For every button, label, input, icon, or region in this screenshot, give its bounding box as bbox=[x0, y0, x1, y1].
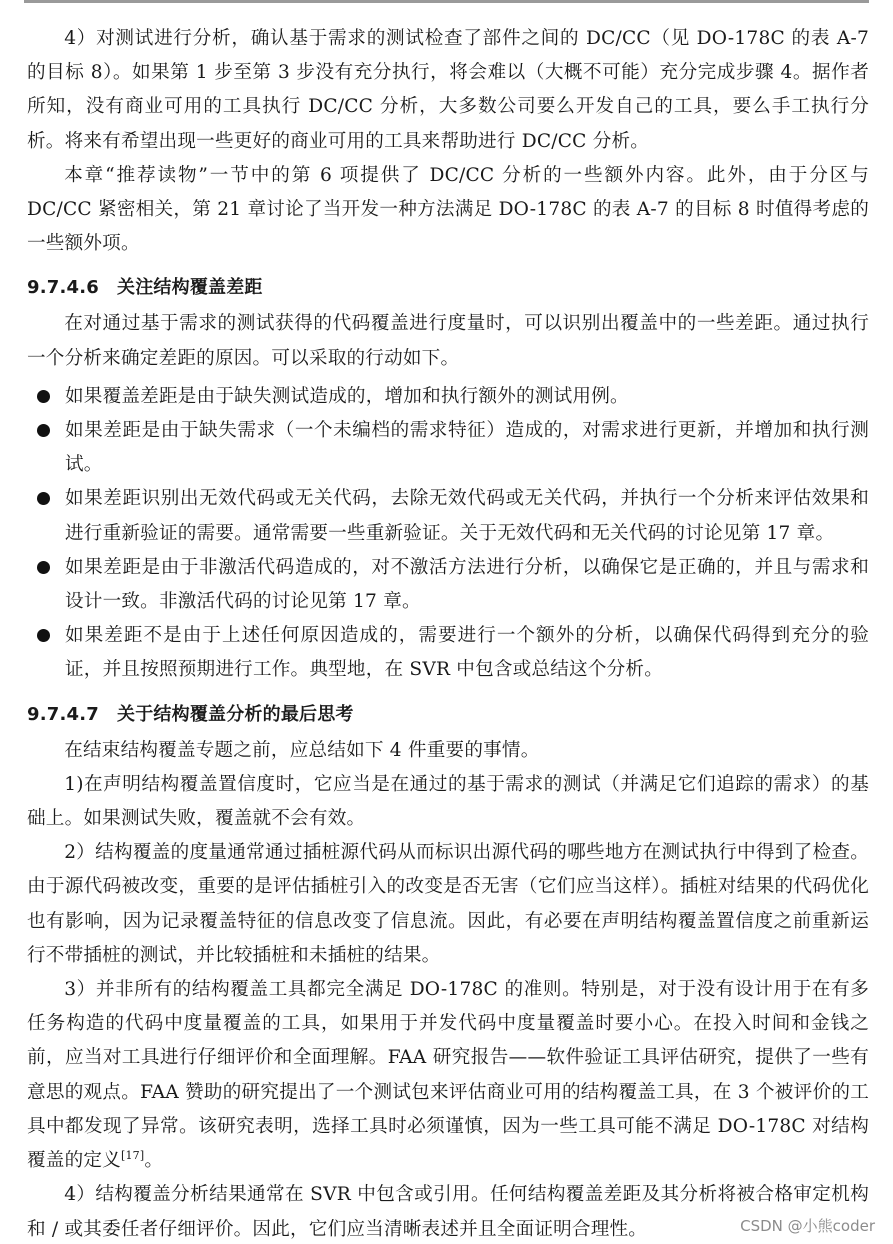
bullet-icon bbox=[37, 492, 50, 505]
paragraph: 在对通过基于需求的测试获得的代码覆盖进行度量时，可以识别出覆盖中的一些差距。通过… bbox=[27, 307, 869, 375]
paragraph: 本章“推荐读物”一节中的第 6 项提供了 DC/CC 分析的一些额外内容。此外，… bbox=[27, 159, 869, 262]
bullet-icon bbox=[37, 424, 50, 437]
list-item: 如果差距是由于缺失需求（一个未编档的需求特征）造成的，对需求进行更新，并增加和执… bbox=[65, 414, 869, 482]
section-heading-9746: 9.7.4.6关注结构覆盖差距 bbox=[27, 273, 869, 303]
bullet-icon bbox=[37, 390, 50, 403]
paragraph: 在结束结构覆盖专题之前，应总结如下 4 件重要的事情。 bbox=[27, 734, 869, 768]
list-item: 如果覆盖差距是由于缺失测试造成的，增加和执行额外的测试用例。 bbox=[65, 380, 869, 414]
list-item: 如果差距是由于非激活代码造成的，对不激活方法进行分析，以确保它是正确的，并且与需… bbox=[65, 551, 869, 619]
numbered-item: 2）结构覆盖的度量通常通过插桩源代码从而标识出源代码的哪些地方在测试执行中得到了… bbox=[27, 836, 869, 973]
paragraph: 4）对测试进行分析，确认基于需求的测试检查了部件之间的 DC/CC（见 DO-1… bbox=[27, 22, 869, 159]
section-title: 关注结构覆盖差距 bbox=[117, 277, 263, 298]
numbered-item: 1)在声明结构覆盖置信度时，它应当是在通过的基于需求的测试（并满足它们追踪的需求… bbox=[27, 768, 869, 836]
watermark: CSDN @小熊coder bbox=[740, 1215, 875, 1236]
document-page: 4）对测试进行分析，确认基于需求的测试检查了部件之间的 DC/CC（见 DO-1… bbox=[27, 22, 869, 1244]
numbered-item: 3）并非所有的结构覆盖工具都完全满足 DO-178C 的准则。特别是，对于没有设… bbox=[27, 973, 869, 1178]
section-title: 关于结构覆盖分析的最后思考 bbox=[117, 704, 354, 725]
bullet-icon bbox=[37, 629, 50, 642]
citation: [17] bbox=[121, 1149, 144, 1162]
bullet-icon bbox=[37, 561, 50, 574]
list-item: 如果差距识别出无效代码或无关代码，去除无效代码或无关代码，并执行一个分析来评估效… bbox=[65, 482, 869, 550]
section-number: 9.7.4.7 bbox=[27, 704, 99, 725]
top-rule bbox=[24, 0, 869, 3]
bullet-list: 如果覆盖差距是由于缺失测试造成的，增加和执行额外的测试用例。 如果差距是由于缺失… bbox=[27, 380, 869, 688]
list-item: 如果差距不是由于上述任何原因造成的，需要进行一个额外的分析，以确保代码得到充分的… bbox=[65, 619, 869, 687]
section-number: 9.7.4.6 bbox=[27, 277, 99, 298]
section-heading-9747: 9.7.4.7关于结构覆盖分析的最后思考 bbox=[27, 700, 869, 730]
